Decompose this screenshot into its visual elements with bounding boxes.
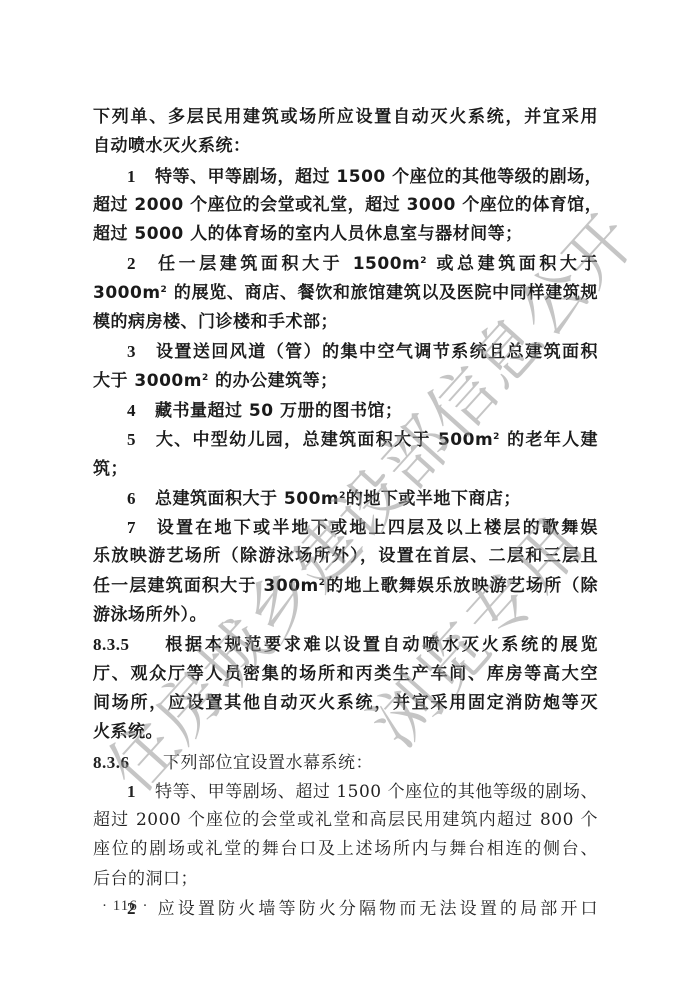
text-line: 大于 3000m2 的办公建筑等；	[93, 367, 598, 396]
superscript: 2	[420, 256, 427, 266]
body-text: 下列单、多层民用建筑或场所应设置自动灭火系统，并宜采用 自动喷水灭火系统： 1特…	[93, 103, 598, 923]
page-number: · 116 ·	[102, 898, 148, 915]
line-text: 模的病房楼、门诊楼和手术部；	[93, 312, 338, 332]
line-text: 特等、甲等剧场、超过 1500 个座位的其他等级的剧场、	[155, 782, 598, 802]
line-text: 超过 2000 个座位的会堂或礼堂和高层民用建筑内超过 800 个	[93, 810, 598, 830]
line-text: 的老年人建	[500, 430, 598, 450]
text-line: 3000m2 的展览、商店、餐饮和旅馆建筑以及医院中同样建筑规	[93, 279, 598, 308]
clause-number: 8.3.5	[93, 630, 163, 659]
item-number: 7	[127, 513, 155, 542]
text-line: 下列单、多层民用建筑或场所应设置自动灭火系统，并宜采用	[93, 103, 598, 132]
clause-8-3-5: 8.3.5根据本规范要求难以设置自动喷水灭火系统的展览	[93, 630, 598, 659]
text-line: 自动喷水灭火系统：	[93, 132, 598, 161]
superscript: 2	[319, 578, 326, 588]
list-item-6: 6总建筑面积大于 500m2的地下或半地下商店；	[93, 484, 598, 513]
list-item-5: 5大、中型幼儿园，总建筑面积大于 500m2 的老年人建	[93, 425, 598, 454]
text-line: 筑；	[93, 455, 598, 484]
text-line: 厅、观众厅等人员密集的场所和丙类生产车间、库房等高大空	[93, 660, 598, 689]
line-text: 设置在地下或半地下或地上四层及以上楼层的歌舞娱	[155, 518, 598, 538]
line-text: 自动喷水灭火系统：	[93, 136, 251, 156]
line-text: 任一层建筑面积大于 300m	[93, 576, 319, 596]
line-text: 的地下或半地下商店；	[346, 489, 521, 509]
item-number: 2	[127, 249, 155, 278]
superscript: 2	[202, 373, 209, 383]
item-number: 1	[127, 777, 155, 806]
line-text: 的展览、商店、餐饮和旅馆建筑以及医院中同样建筑规	[167, 283, 598, 303]
clause-8-3-6: 8.3.6下列部位宜设置水幕系统：	[93, 748, 598, 777]
item-number: 3	[127, 337, 155, 366]
item-number: 1	[127, 162, 155, 191]
list-item-3: 3设置送回风道（管）的集中空气调节系统且总建筑面积	[93, 337, 598, 366]
line-text: 乐放映游艺场所（除游泳场所外），设置在首层、二层和三层且	[93, 546, 598, 566]
line-text: 特等、甲等剧场，超过 1500 个座位的其他等级的剧场，	[155, 167, 602, 187]
text-line: 间场所，应设置其他自动灭火系统，并宜采用固定消防炮等灭	[93, 689, 598, 718]
list-item-2: 2应设置防火墙等防火分隔物而无法设置的局部开口	[93, 894, 598, 923]
line-text: 3000m	[93, 283, 161, 303]
line-text: 或总建筑面积大于	[427, 254, 598, 274]
line-text: 游泳场所外）。	[93, 605, 207, 625]
item-number: 4	[127, 396, 155, 425]
text-line: 座位的剧场或礼堂的舞台口及上述场所内与舞台相连的侧台、	[93, 835, 598, 864]
item-number: 5	[127, 425, 155, 454]
list-item-7: 7设置在地下或半地下或地上四层及以上楼层的歌舞娱	[93, 513, 598, 542]
line-text: 根据本规范要求难以设置自动喷水灭火系统的展览	[163, 635, 598, 655]
text-line: 模的病房楼、门诊楼和手术部；	[93, 308, 598, 337]
text-line: 火系统。	[93, 718, 598, 747]
line-text: 大于 3000m	[93, 371, 202, 391]
item-number: 6	[127, 484, 155, 513]
line-text: 火系统。	[93, 722, 163, 742]
superscript: 2	[339, 491, 346, 501]
text-line: 超过 2000 个座位的会堂或礼堂和高层民用建筑内超过 800 个	[93, 806, 598, 835]
line-text: 设置送回风道（管）的集中空气调节系统且总建筑面积	[155, 342, 598, 362]
text-line: 游泳场所外）。	[93, 601, 598, 630]
text-line: 超过 5000 人的体育场的室内人员休息室与器材间等；	[93, 220, 598, 249]
line-text: 筑；	[93, 459, 128, 479]
line-text: 应设置防火墙等防火分隔物而无法设置的局部开口	[155, 899, 598, 919]
line-text: 任一层建筑面积大于 1500m	[155, 254, 420, 274]
list-item-2: 2任一层建筑面积大于 1500m2 或总建筑面积大于	[93, 249, 598, 278]
line-text: 下列部位宜设置水幕系统：	[163, 753, 373, 773]
text-line: 后台的洞口；	[93, 865, 598, 894]
line-text: 厅、观众厅等人员密集的场所和丙类生产车间、库房等高大空	[93, 664, 598, 684]
line-text: 超过 2000 个座位的会堂或礼堂，超过 3000 个座位的体育馆，	[93, 195, 602, 215]
list-item-1: 1特等、甲等剧场、超过 1500 个座位的其他等级的剧场、	[93, 777, 598, 806]
line-text: 大、中型幼儿园，总建筑面积大于 500m	[155, 430, 493, 450]
superscript: 2	[493, 432, 500, 442]
line-text: 间场所，应设置其他自动灭火系统，并宜采用固定消防炮等灭	[93, 693, 598, 713]
line-text: 超过 5000 人的体育场的室内人员休息室与器材间等；	[93, 224, 523, 244]
text-line: 任一层建筑面积大于 300m2的地上歌舞娱乐放映游艺场所（除	[93, 572, 598, 601]
line-text: 的地上歌舞娱乐放映游艺场所（除	[326, 576, 598, 596]
line-text: 的办公建筑等；	[209, 371, 338, 391]
line-text: 总建筑面积大于 500m	[155, 489, 339, 509]
line-text: 后台的洞口；	[93, 869, 198, 889]
document-page: 下列单、多层民用建筑或场所应设置自动灭火系统，并宜采用 自动喷水灭火系统： 1特…	[0, 0, 690, 1000]
text-line: 乐放映游艺场所（除游泳场所外），设置在首层、二层和三层且	[93, 542, 598, 571]
list-item-4: 4藏书量超过 50 万册的图书馆；	[93, 396, 598, 425]
clause-number: 8.3.6	[93, 748, 163, 777]
text-line: 超过 2000 个座位的会堂或礼堂，超过 3000 个座位的体育馆，	[93, 191, 598, 220]
line-text: 藏书量超过 50 万册的图书馆；	[155, 401, 403, 421]
line-text: 座位的剧场或礼堂的舞台口及上述场所内与舞台相连的侧台、	[93, 839, 598, 859]
line-text: 下列单、多层民用建筑或场所应设置自动灭火系统，并宜采用	[93, 107, 598, 127]
list-item-1: 1特等、甲等剧场，超过 1500 个座位的其他等级的剧场，	[93, 162, 598, 191]
